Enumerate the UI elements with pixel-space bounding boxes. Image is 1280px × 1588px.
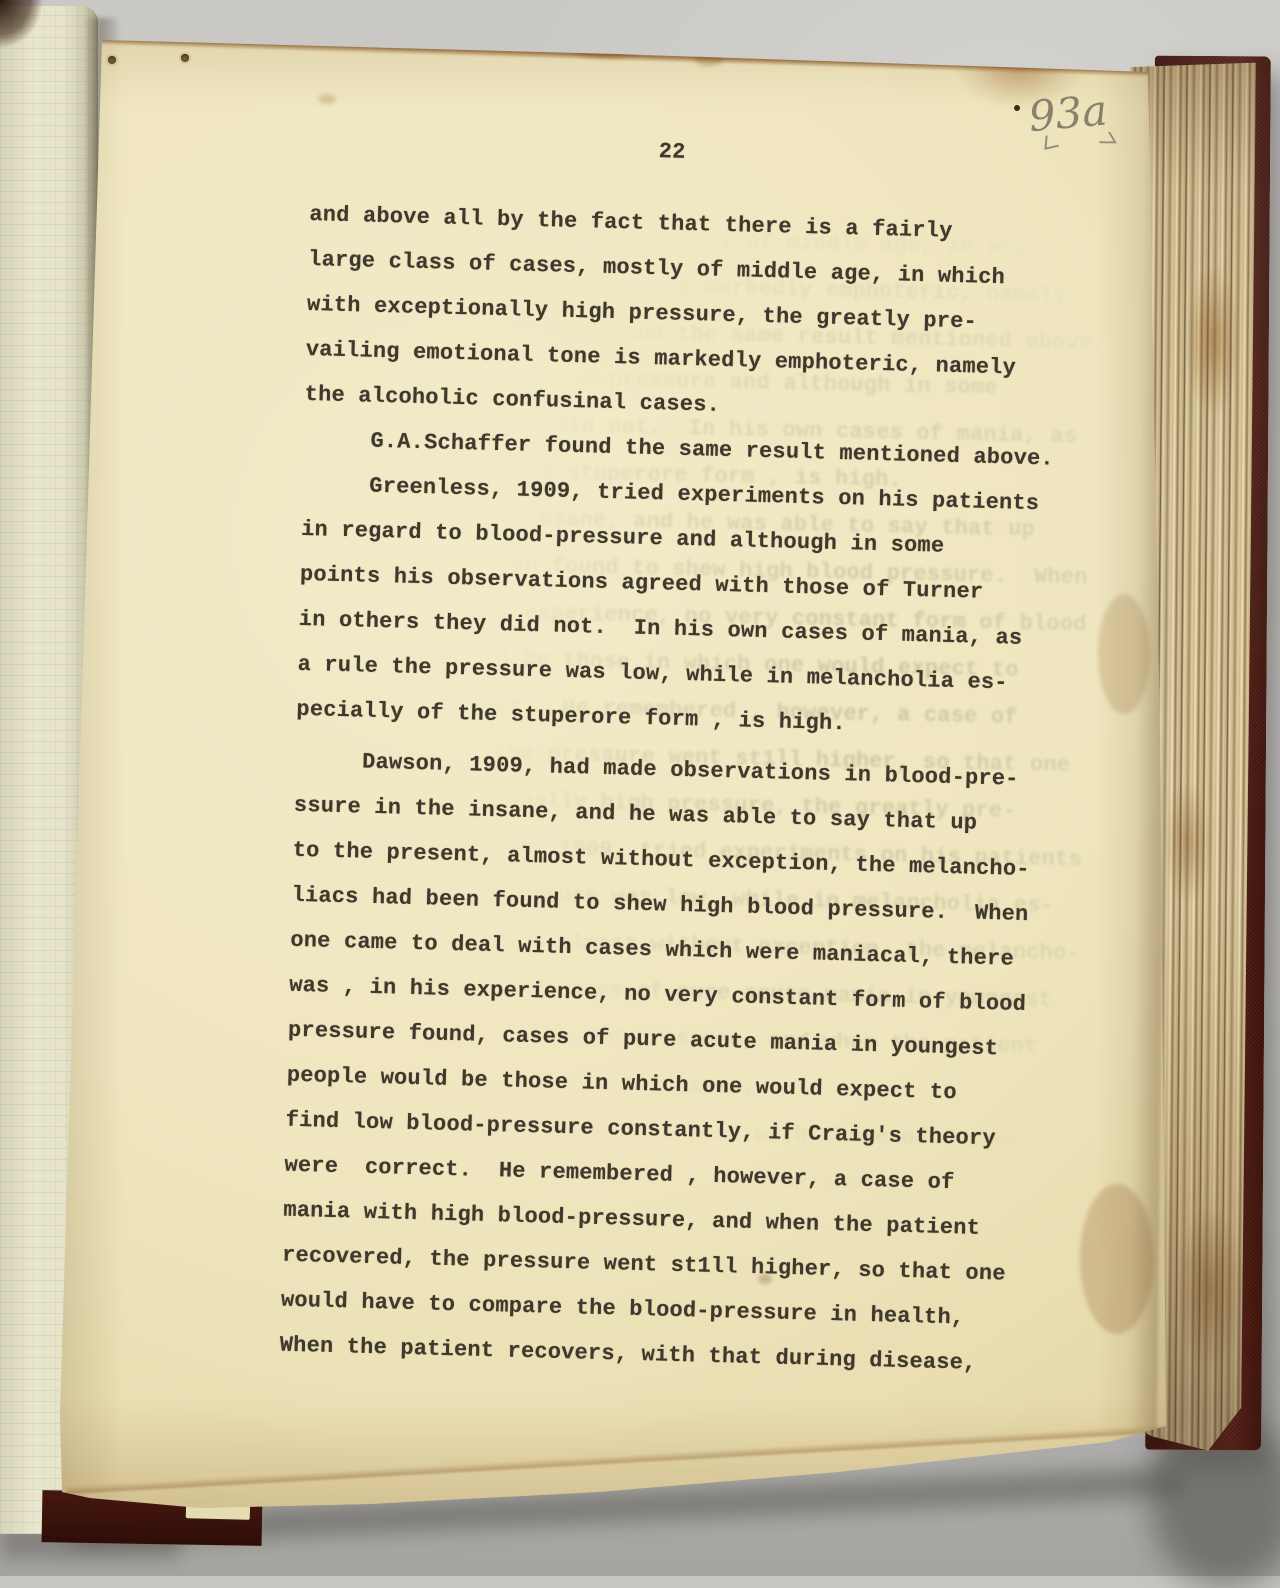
- punch-hole: [108, 56, 116, 64]
- typed-text-block: 22 and above all by the fact that there …: [279, 192, 1110, 1389]
- page-number: 22: [627, 128, 718, 175]
- cover-corner: [0, 0, 46, 52]
- ink-dot: [1014, 105, 1020, 111]
- stain: [318, 94, 336, 104]
- page-bottom-edge: [66, 1425, 1165, 1494]
- page-top-edge-stain: [98, 38, 1154, 77]
- punch-hole: [181, 54, 189, 62]
- manuscript-page: large class of cases, mostly of middle a…: [58, 34, 1174, 1516]
- photo-backdrop: large class of cases, mostly of middle a…: [0, 0, 1280, 1576]
